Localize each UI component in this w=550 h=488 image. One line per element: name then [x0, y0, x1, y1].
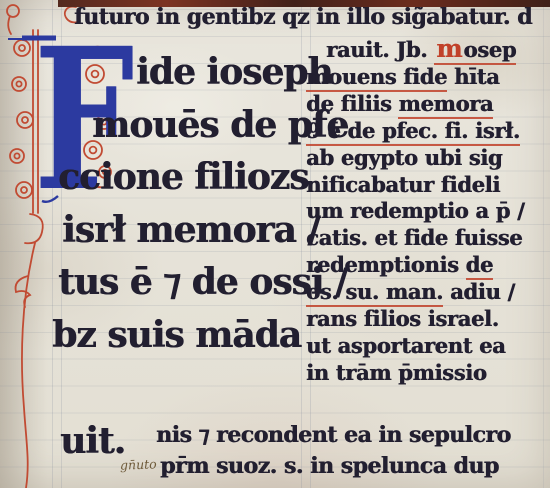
right-column-line-10: os. su. man. adiu /	[306, 279, 550, 306]
red-paraph-mark: m	[434, 34, 463, 65]
right-column-line-9: redemptionis de	[306, 252, 550, 279]
right-column-line-13: in trām p̄missio	[306, 360, 550, 387]
header-line: futuro in gentibz qz in illo sig̃abatur.…	[74, 4, 532, 30]
bottom-line-2: pr̄m suoz. s. in spelunca dup	[160, 453, 499, 479]
left-column-line-3: ccione filiozs	[52, 151, 312, 204]
left-column-line-5: tus ē ⁊ de ossi /	[52, 256, 312, 309]
right-column: rauit. Jb. mosep mouens fide hīta de fil…	[306, 36, 550, 387]
right-column-line-2: mouens fide hīta	[306, 64, 550, 91]
manuscript-page: F futuro in gentibz qz in illo sig̃abatu…	[0, 0, 550, 488]
right-column-line-11: rans filios israel.	[306, 306, 550, 333]
header-text: futuro in gentibz qz in illo sig̃abatur.…	[74, 4, 532, 30]
red-underlined-text: 9 ē de pfec. fi. isrł.	[306, 118, 520, 146]
red-underlined-text: mouens fide	[306, 64, 447, 92]
left-column-line-2: mouēs de pfe	[52, 99, 312, 152]
bottom-line-1: nis ⁊ recondent ea in sepulcro	[156, 422, 511, 448]
right-column-line-1: rauit. Jb. mosep	[306, 36, 550, 64]
right-column-line-12: ut asportarent ea	[306, 333, 550, 360]
cropped-line-remnant	[58, 0, 550, 7]
right-column-line-3: de filiis memora	[306, 91, 550, 118]
marginal-gloss: gn̄uto	[120, 456, 157, 472]
red-underlined-text: memora	[398, 91, 493, 119]
red-underlined-text: osep	[463, 37, 516, 65]
right-column-line-8: catis. et fide fuisse	[306, 225, 550, 252]
left-column-line-6: bz suis māda	[52, 309, 312, 362]
right-column-line-7: um redemptio a p̄ /	[306, 198, 550, 225]
left-column: ide ioseph mouēs de pfe ccione filiozs i…	[52, 46, 312, 468]
red-underlined-text: os. su. man.	[306, 279, 443, 307]
red-underlined-text: de	[466, 252, 493, 280]
left-column-line-4: isrł memora /	[52, 204, 312, 257]
left-column-line-1: ide ioseph	[52, 46, 312, 99]
right-column-line-6: nificabatur fideli	[306, 172, 550, 199]
right-column-line-4: 9 ē de pfec. fi. isrł.	[306, 118, 550, 145]
right-column-line-5: ab egypto ubi sig	[306, 145, 550, 172]
